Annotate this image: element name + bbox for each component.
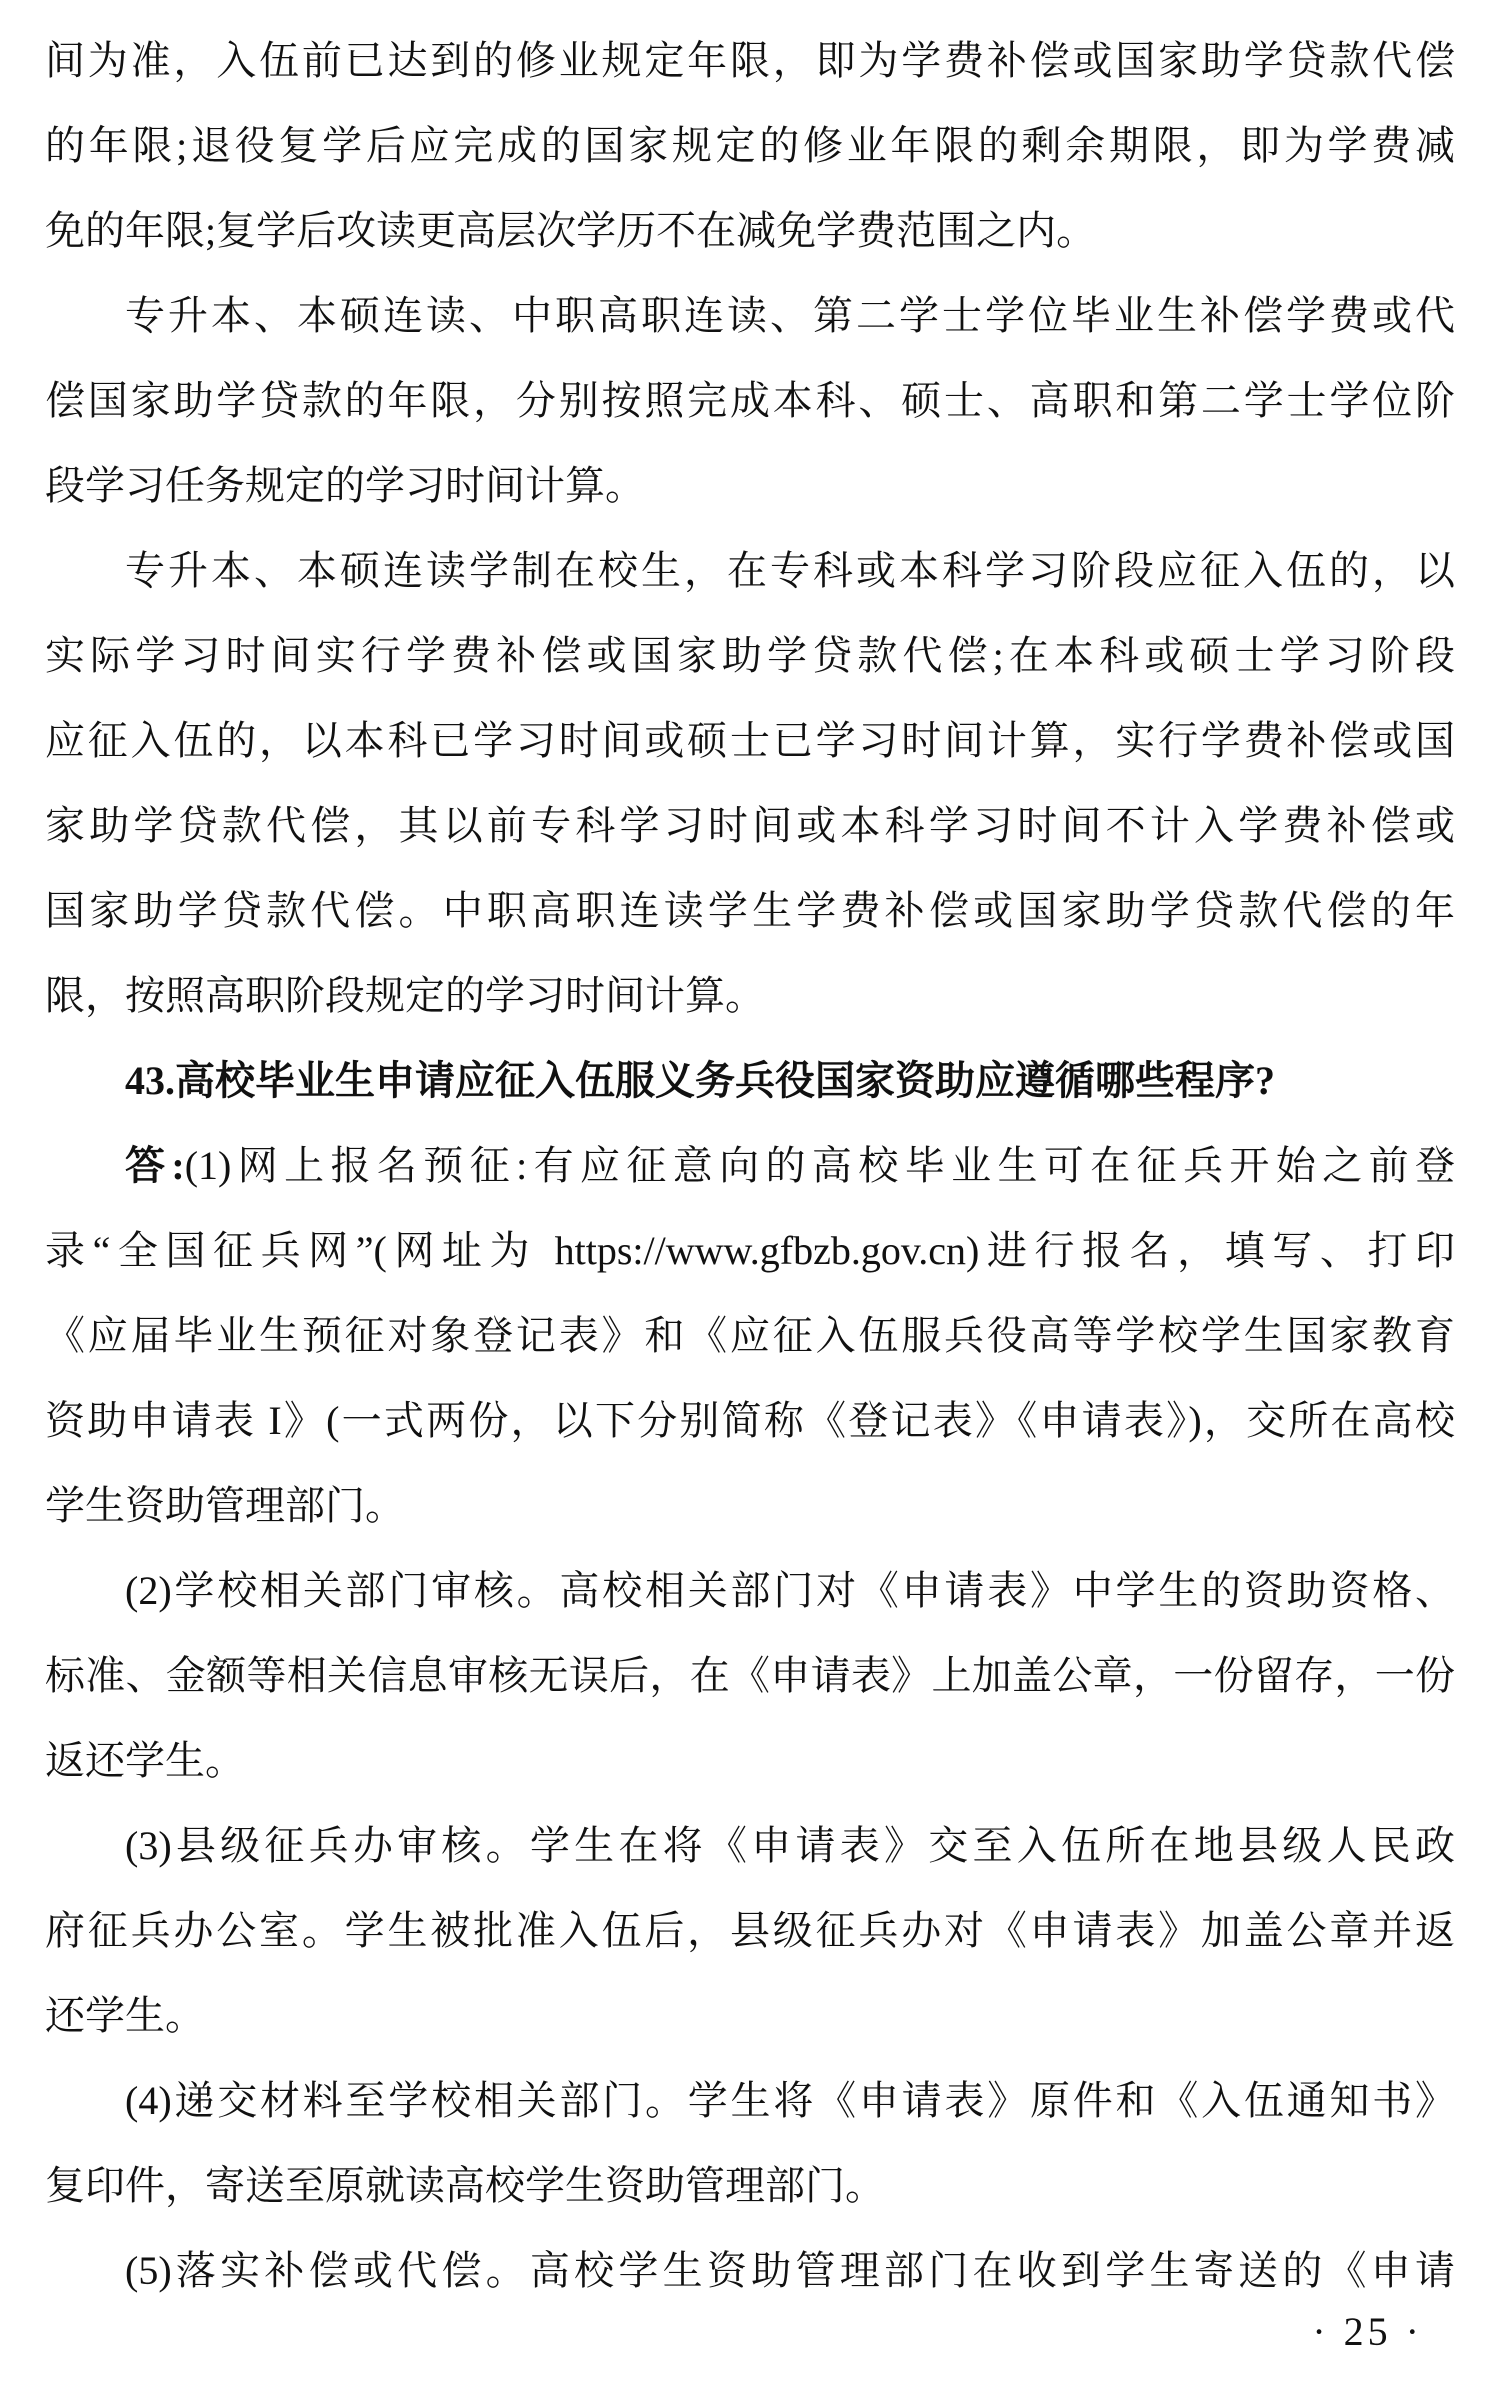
text-line: 学生资助管理部门。 [45, 1463, 1455, 1548]
text-block: 间为准，入伍前已达到的修业规定年限，即为学费补偿或国家助学贷款代偿 的年限;退役… [45, 18, 1455, 2313]
text-line: 家助学贷款代偿，其以前专科学习时间或本科学习时间不计入学费补偿或 [45, 783, 1455, 868]
text-line: (4)递交材料至学校相关部门。学生将《申请表》原件和《入伍通知书》 [45, 2058, 1455, 2143]
text-line: 国家助学贷款代偿。中职高职连读学生学费补偿或国家助学贷款代偿的年 [45, 868, 1455, 953]
answer-first-line: (1)网上报名预征:有应征意向的高校毕业生可在征兵开始之前登 [185, 1143, 1455, 1188]
text-line: 录“全国征兵网”(网址为 https://www.gfbzb.gov.cn)进行… [45, 1208, 1455, 1293]
page-number: · 25 · [1312, 2302, 1423, 2362]
text-line: 府征兵办公室。学生被批准入伍后，县级征兵办对《申请表》加盖公章并返 [45, 1888, 1455, 1973]
text-line: 的年限;退役复学后应完成的国家规定的修业年限的剩余期限，即为学费减 [45, 103, 1455, 188]
text-line: 偿国家助学贷款的年限，分别按照完成本科、硕士、高职和第二学士学位阶 [45, 358, 1455, 443]
text-line: 限，按照高职阶段规定的学习时间计算。 [45, 953, 1455, 1038]
text-line: 专升本、本硕连读学制在校生，在专科或本科学习阶段应征入伍的，以 [45, 528, 1455, 613]
text-line: 实际学习时间实行学费补偿或国家助学贷款代偿;在本科或硕士学习阶段 [45, 613, 1455, 698]
question-heading: 43.高校毕业生申请应征入伍服义务兵役国家资助应遵循哪些程序? [45, 1038, 1455, 1123]
text-line: 免的年限;复学后攻读更高层次学历不在减免学费范围之内。 [45, 188, 1455, 273]
text-line: 还学生。 [45, 1973, 1455, 2058]
text-line: 标准、金额等相关信息审核无误后，在《申请表》上加盖公章，一份留存，一份 [45, 1633, 1455, 1718]
text-line: 复印件，寄送至原就读高校学生资助管理部门。 [45, 2143, 1455, 2228]
answer-label: 答: [125, 1143, 185, 1188]
text-line: 《应届毕业生预征对象登记表》和《应征入伍服兵役高等学校学生国家教育 [45, 1293, 1455, 1378]
text-line: 段学习任务规定的学习时间计算。 [45, 443, 1455, 528]
text-line: 答:(1)网上报名预征:有应征意向的高校毕业生可在征兵开始之前登 [45, 1123, 1455, 1208]
text-line: (3)县级征兵办审核。学生在将《申请表》交至入伍所在地县级人民政 [45, 1803, 1455, 1888]
text-line: 返还学生。 [45, 1718, 1455, 1803]
text-line: (2)学校相关部门审核。高校相关部门对《申请表》中学生的资助资格、 [45, 1548, 1455, 1633]
text-line: 专升本、本硕连读、中职高职连读、第二学士学位毕业生补偿学费或代 [45, 273, 1455, 358]
document-page: 间为准，入伍前已达到的修业规定年限，即为学费补偿或国家助学贷款代偿 的年限;退役… [0, 0, 1499, 2395]
text-line: 间为准，入伍前已达到的修业规定年限，即为学费补偿或国家助学贷款代偿 [45, 18, 1455, 103]
text-line: 资助申请表 I》(一式两份，以下分别简称《登记表》《申请表》)，交所在高校 [45, 1378, 1455, 1463]
text-line: 应征入伍的，以本科已学习时间或硕士已学习时间计算，实行学费补偿或国 [45, 698, 1455, 783]
text-line: (5)落实补偿或代偿。高校学生资助管理部门在收到学生寄送的《申请 [45, 2228, 1455, 2313]
